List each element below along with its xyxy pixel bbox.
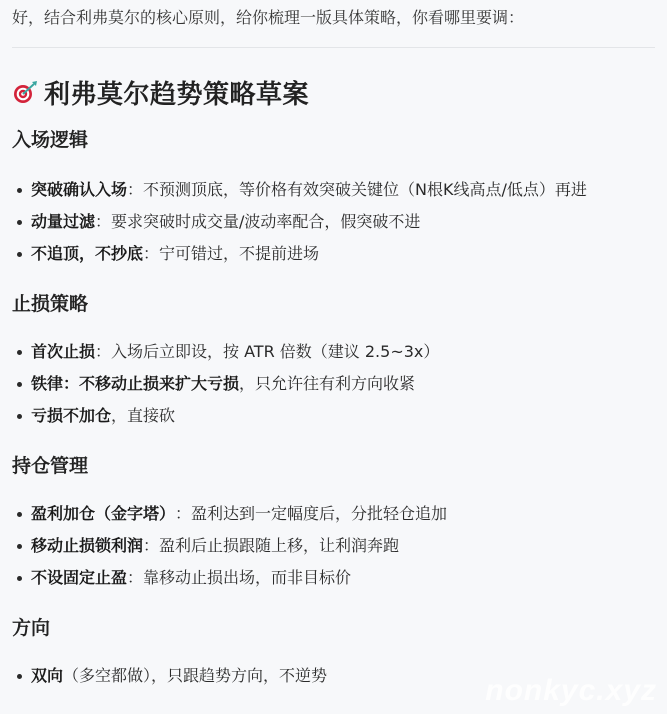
watermark: nonkyc.xyz xyxy=(485,674,657,708)
bullet-icon xyxy=(17,544,22,549)
item-label: 动量过滤 xyxy=(31,206,95,238)
item-text: ，只允许往有利方向收紧 xyxy=(239,368,415,400)
list-item: 不设固定止盈：靠移动止损出场，而非目标价 xyxy=(12,562,655,594)
bullet-icon xyxy=(17,674,22,679)
item-text: ：要求突破时成交量/波动率配合，假突破不进 xyxy=(95,206,420,238)
item-text: ：入场后立即设，按 ATR 倍数（建议 2.5~3x） xyxy=(95,336,439,368)
item-label: 亏损不加仓 xyxy=(31,400,111,432)
bullet-list: 盈利加仓（金字塔）：盈利达到一定幅度后，分批轻仓追加 移动止损锁利润：盈利后止损… xyxy=(12,498,655,594)
item-label: 首次止损 xyxy=(31,336,95,368)
list-item: 动量过滤：要求突破时成交量/波动率配合，假突破不进 xyxy=(12,206,655,238)
item-text: ：宁可错过，不提前进场 xyxy=(143,238,319,270)
bullet-icon xyxy=(17,350,22,355)
chat-message: 好，结合利弗莫尔的核心原则，给你梳理一版具体策略，你看哪里要调： 利弗莫尔趋势策… xyxy=(0,0,667,692)
item-label: 突破确认入场 xyxy=(31,174,127,206)
bullet-icon xyxy=(17,220,22,225)
direct-hit-icon xyxy=(12,79,38,105)
item-text: ：靠移动止损出场，而非目标价 xyxy=(127,562,351,594)
list-item: 移动止损锁利润：盈利后止损跟随上移，让利润奔跑 xyxy=(12,530,655,562)
section-entry-logic: 入场逻辑 突破确认入场：不预测顶底，等价格有效突破关键位（N根K线高点/低点）再… xyxy=(12,126,655,270)
item-label: 铁律：不移动止损来扩大亏损 xyxy=(31,368,239,400)
list-item: 不追顶，不抄底：宁可错过，不提前进场 xyxy=(12,238,655,270)
item-label: 盈利加仓（金字塔） xyxy=(31,498,175,530)
item-label: 双向 xyxy=(31,660,63,692)
item-label: 不追顶，不抄底 xyxy=(31,238,143,270)
bullet-icon xyxy=(17,188,22,193)
bullet-icon xyxy=(17,576,22,581)
item-text: ：盈利后止损跟随上移，让利润奔跑 xyxy=(143,530,399,562)
bullet-icon xyxy=(17,414,22,419)
strategy-title: 利弗莫尔趋势策略草案 xyxy=(44,74,309,111)
bullet-icon xyxy=(17,252,22,257)
list-item: 盈利加仓（金字塔）：盈利达到一定幅度后，分批轻仓追加 xyxy=(12,498,655,530)
list-item: 突破确认入场：不预测顶底，等价格有效突破关键位（N根K线高点/低点）再进 xyxy=(12,174,655,206)
item-text: ：不预测顶底，等价格有效突破关键位（N根K线高点/低点）再进 xyxy=(127,174,587,206)
section-heading: 方向 xyxy=(12,614,655,642)
section-heading: 止损策略 xyxy=(12,290,655,318)
section-heading: 持仓管理 xyxy=(12,452,655,480)
divider xyxy=(12,47,655,48)
item-label: 不设固定止盈 xyxy=(31,562,127,594)
bullet-icon xyxy=(17,382,22,387)
bullet-list: 突破确认入场：不预测顶底，等价格有效突破关键位（N根K线高点/低点）再进 动量过… xyxy=(12,174,655,270)
item-text: （多空都做），只跟趋势方向，不逆势 xyxy=(63,660,327,692)
item-label: 移动止损锁利润 xyxy=(31,530,143,562)
bullet-list: 首次止损：入场后立即设，按 ATR 倍数（建议 2.5~3x） 铁律：不移动止损… xyxy=(12,336,655,432)
section-position-management: 持仓管理 盈利加仓（金字塔）：盈利达到一定幅度后，分批轻仓追加 移动止损锁利润：… xyxy=(12,452,655,594)
section-heading: 入场逻辑 xyxy=(12,126,655,154)
strategy-title-row: 利弗莫尔趋势策略草案 xyxy=(12,70,655,114)
list-item: 亏损不加仓，直接砍 xyxy=(12,400,655,432)
section-stop-loss: 止损策略 首次止损：入场后立即设，按 ATR 倍数（建议 2.5~3x） 铁律：… xyxy=(12,290,655,432)
list-item: 首次止损：入场后立即设，按 ATR 倍数（建议 2.5~3x） xyxy=(12,336,655,368)
item-text: ，直接砍 xyxy=(111,400,175,432)
intro-text: 好，结合利弗莫尔的核心原则，给你梳理一版具体策略，你看哪里要调： xyxy=(12,0,655,31)
bullet-icon xyxy=(17,512,22,517)
item-text: ：盈利达到一定幅度后，分批轻仓追加 xyxy=(175,498,447,530)
list-item: 铁律：不移动止损来扩大亏损，只允许往有利方向收紧 xyxy=(12,368,655,400)
